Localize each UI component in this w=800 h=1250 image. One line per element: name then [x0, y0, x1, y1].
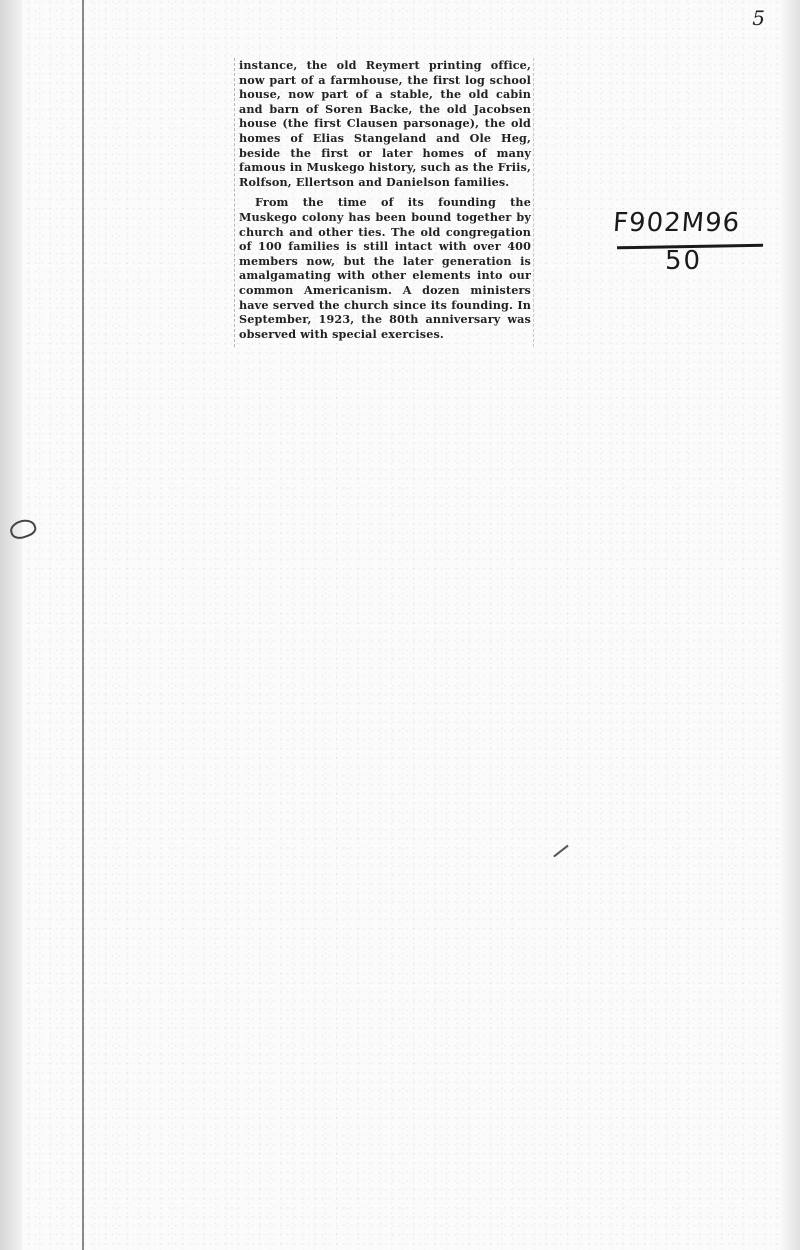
catalog-sub-number: 50 [665, 246, 702, 276]
catalog-number: F902M96 [612, 208, 741, 238]
stray-pen-mark [553, 845, 568, 858]
clipping-paragraph-2: From the time of its founding the Muskeg… [239, 195, 531, 341]
right-page-edge [780, 0, 800, 1250]
handwritten-catalog-annotation: F902M96 50 [605, 208, 765, 288]
binding-rule-line [82, 0, 84, 1250]
page-number: 5 [752, 6, 765, 30]
clipping-paragraph-1: instance, the old Reymert printing offic… [239, 58, 531, 189]
left-page-edge [0, 0, 22, 1250]
newspaper-clipping: instance, the old Reymert printing offic… [234, 58, 534, 347]
